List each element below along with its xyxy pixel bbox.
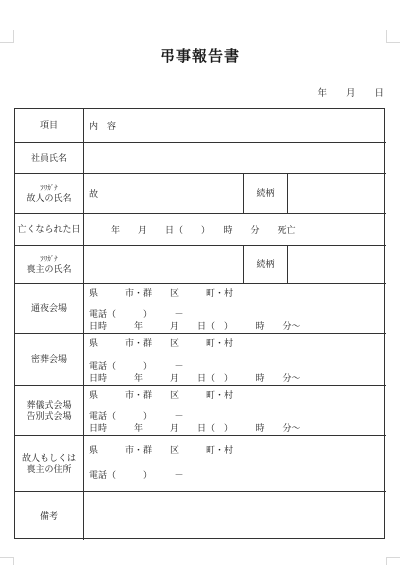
crop-mark-bottom-left-icon xyxy=(0,557,14,565)
wake-venue-field: 県 市・群 区 町・村 電話（ ） － 日時 年 月 日（ ） 時 分～ xyxy=(84,284,386,334)
header-item-label: 項目 xyxy=(15,109,84,143)
wake-phone-line: 電話（ ） － xyxy=(89,308,386,320)
home-phone-line: 電話（ ） － xyxy=(89,469,386,481)
wake-address-line: 県 市・群 区 町・村 xyxy=(89,287,386,299)
mourner-label-text: 喪主の氏名 xyxy=(26,264,71,275)
home-address-label-line1: 故人もしくは xyxy=(22,453,76,464)
private-funeral-phone-line: 電話（ ） － xyxy=(89,360,386,372)
remarks-label: 備考 xyxy=(15,492,84,540)
funeral-venue-label: 葬儀式会場 告別式会場 xyxy=(15,386,84,436)
private-funeral-datetime-line: 日時 年 月 日（ ） 時 分～ xyxy=(89,372,386,384)
funeral-venue-field: 県 市・群 区 町・村 電話（ ） － 日時 年 月 日（ ） 時 分～ xyxy=(84,386,386,436)
employee-name-field xyxy=(84,143,386,174)
crop-mark-bottom-right-icon xyxy=(386,557,400,565)
page-title: 弔事報告書 xyxy=(0,45,400,66)
private-funeral-venue-field: 県 市・群 区 町・村 電話（ ） － 日時 年 月 日（ ） 時 分～ xyxy=(84,334,386,386)
wake-datetime-line: 日時 年 月 日（ ） 時 分～ xyxy=(89,320,386,332)
funeral-address-line: 県 市・群 区 町・村 xyxy=(89,389,386,401)
mourner-relation-field xyxy=(288,246,386,284)
home-address-label: 故人もしくは 喪主の住所 xyxy=(15,436,84,492)
wake-venue-label: 通夜会場 xyxy=(15,284,84,334)
mourner-name-label: ﾌﾘｶﾞﾅ 喪主の氏名 xyxy=(15,246,84,284)
private-funeral-venue-label: 密葬会場 xyxy=(15,334,84,386)
home-address-line: 県 市・群 区 町・村 xyxy=(89,444,386,456)
document-page: 弔事報告書 年 月 日 項目 内 容 社員氏名 ﾌﾘｶﾞﾅ 故人の氏名 故 続柄… xyxy=(0,0,400,565)
funeral-datetime-line: 日時 年 月 日（ ） 時 分～ xyxy=(89,422,386,434)
mourner-name-field xyxy=(84,246,244,284)
funeral-phone-line: 電話（ ） － xyxy=(89,410,386,422)
deceased-name-label: ﾌﾘｶﾞﾅ 故人の氏名 xyxy=(15,174,84,214)
deceased-relation-label: 続柄 xyxy=(244,174,288,214)
home-address-label-line2: 喪主の住所 xyxy=(26,464,71,475)
death-date-label: 亡くなられた日 xyxy=(15,214,84,246)
deceased-relation-field xyxy=(288,174,386,214)
funeral-venue-label-line1: 葬儀式会場 xyxy=(26,400,71,411)
death-date-field: 年 月 日（ ） 時 分 死亡 xyxy=(84,214,386,246)
deceased-label-text: 故人の氏名 xyxy=(26,193,71,204)
crop-mark-top-right-icon xyxy=(386,30,400,43)
mourner-relation-label: 続柄 xyxy=(244,246,288,284)
deceased-furigana-label: ﾌﾘｶﾞﾅ xyxy=(40,184,58,193)
employee-name-label: 社員氏名 xyxy=(15,143,84,174)
report-form-table: 項目 内 容 社員氏名 ﾌﾘｶﾞﾅ 故人の氏名 故 続柄 亡くなられた日 年 月… xyxy=(14,108,385,539)
private-funeral-address-line: 県 市・群 区 町・村 xyxy=(89,337,386,349)
home-address-field: 県 市・群 区 町・村 電話（ ） － xyxy=(84,436,386,492)
mourner-furigana-label: ﾌﾘｶﾞﾅ xyxy=(40,255,58,264)
crop-mark-top-left-icon xyxy=(0,30,14,43)
header-content-label: 内 容 xyxy=(84,109,386,143)
funeral-venue-label-line2: 告別式会場 xyxy=(26,411,71,422)
deceased-name-field: 故 xyxy=(84,174,244,214)
report-date-line: 年 月 日 xyxy=(14,87,384,101)
remarks-field xyxy=(84,492,386,540)
